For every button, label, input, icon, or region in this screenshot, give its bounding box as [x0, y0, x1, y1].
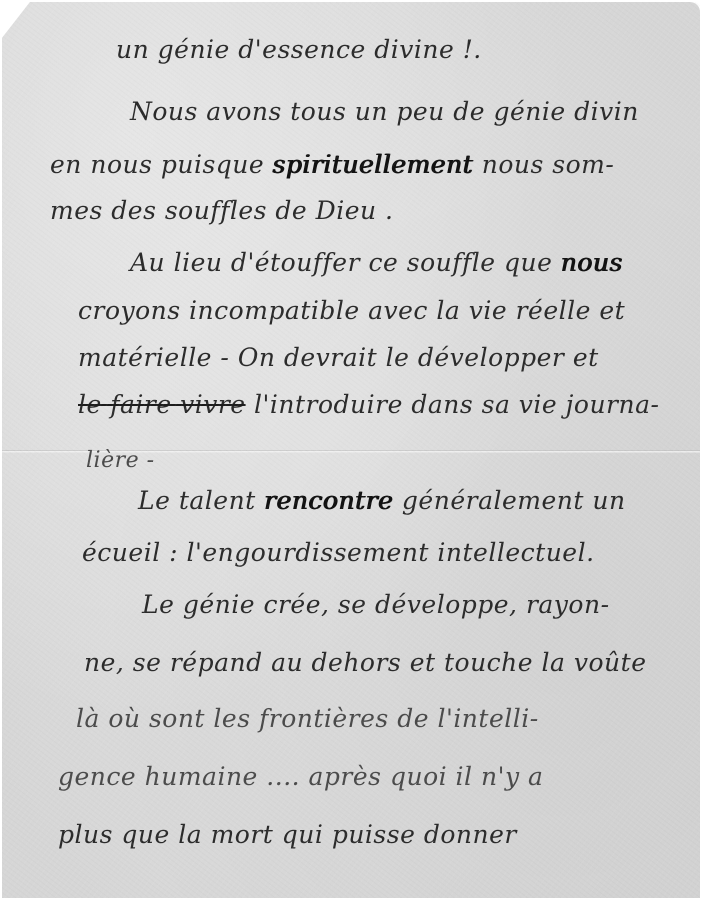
struck-through-text: le faire vivre — [78, 390, 246, 419]
text-segment: lière - — [86, 448, 155, 473]
manuscript-line-13: ne, se répand au dehors et touche la voû… — [84, 650, 647, 675]
text-segment: généralement un — [393, 486, 625, 515]
manuscript-line-3: en nous puisque spirituellement nous som… — [50, 152, 614, 177]
text-segment: Nous avons tous un peu de génie divin — [130, 97, 639, 126]
text-segment: Au lieu d'étouffer ce souffle que — [130, 248, 561, 277]
text-segment: un génie d'essence divine — [116, 35, 454, 64]
text-segment: ne, se répand au dehors et touche la voû… — [84, 648, 647, 677]
text-segment: nous som- — [473, 150, 614, 179]
text-segment: plus que la mort qui puisse donner — [58, 820, 517, 849]
overwritten-word: spirituellement — [273, 150, 474, 179]
text-segment: l'introduire dans sa vie journa- — [246, 390, 660, 419]
text-segment: là où sont les frontières de l'intelli- — [76, 704, 539, 733]
text-segment: gence humaine .... après quoi il n'y a — [58, 762, 543, 791]
manuscript-line-2: Nous avons tous un peu de génie divin — [130, 99, 639, 124]
manuscript-line-4: mes des souffles de Dieu . — [50, 198, 393, 223]
manuscript-line-16: plus que la mort qui puisse donner — [58, 822, 517, 847]
manuscript-line-12: Le génie crée, se développe, rayon- — [142, 592, 610, 617]
text-segment: matérielle - On devrait le développer et — [78, 343, 599, 372]
manuscript-line-1: un génie d'essence divine !. — [116, 37, 482, 62]
manuscript-page: un génie d'essence divine !. Nous avons … — [2, 2, 700, 898]
text-segment: Le génie crée, se développe, rayon- — [142, 590, 610, 619]
overwritten-word: nous — [561, 248, 623, 277]
manuscript-line-11: écueil : l'engourdissement intellectuel. — [82, 540, 595, 565]
text-segment: mes des souffles de Dieu . — [50, 196, 393, 225]
manuscript-line-15: gence humaine .... après quoi il n'y a — [58, 764, 543, 789]
manuscript-line-14: là où sont les frontières de l'intelli- — [76, 706, 539, 731]
text-segment: croyons incompatible avec la vie réelle … — [78, 296, 625, 325]
text-segment: !. — [454, 35, 481, 64]
manuscript-line-8: le faire vivre l'introduire dans sa vie … — [78, 392, 659, 417]
manuscript-line-9: lière - — [86, 450, 155, 472]
overwritten-word: rencontre — [264, 486, 393, 515]
manuscript-line-7: matérielle - On devrait le développer et — [78, 345, 599, 370]
manuscript-line-6: croyons incompatible avec la vie réelle … — [78, 298, 625, 323]
text-segment: en nous puisque — [50, 150, 273, 179]
manuscript-line-5: Au lieu d'étouffer ce souffle que nous — [130, 250, 623, 275]
manuscript-line-10: Le talent rencontre généralement un — [138, 488, 626, 513]
text-segment: écueil : l'engourdissement intellectuel. — [82, 538, 595, 567]
text-segment: Le talent — [138, 486, 264, 515]
